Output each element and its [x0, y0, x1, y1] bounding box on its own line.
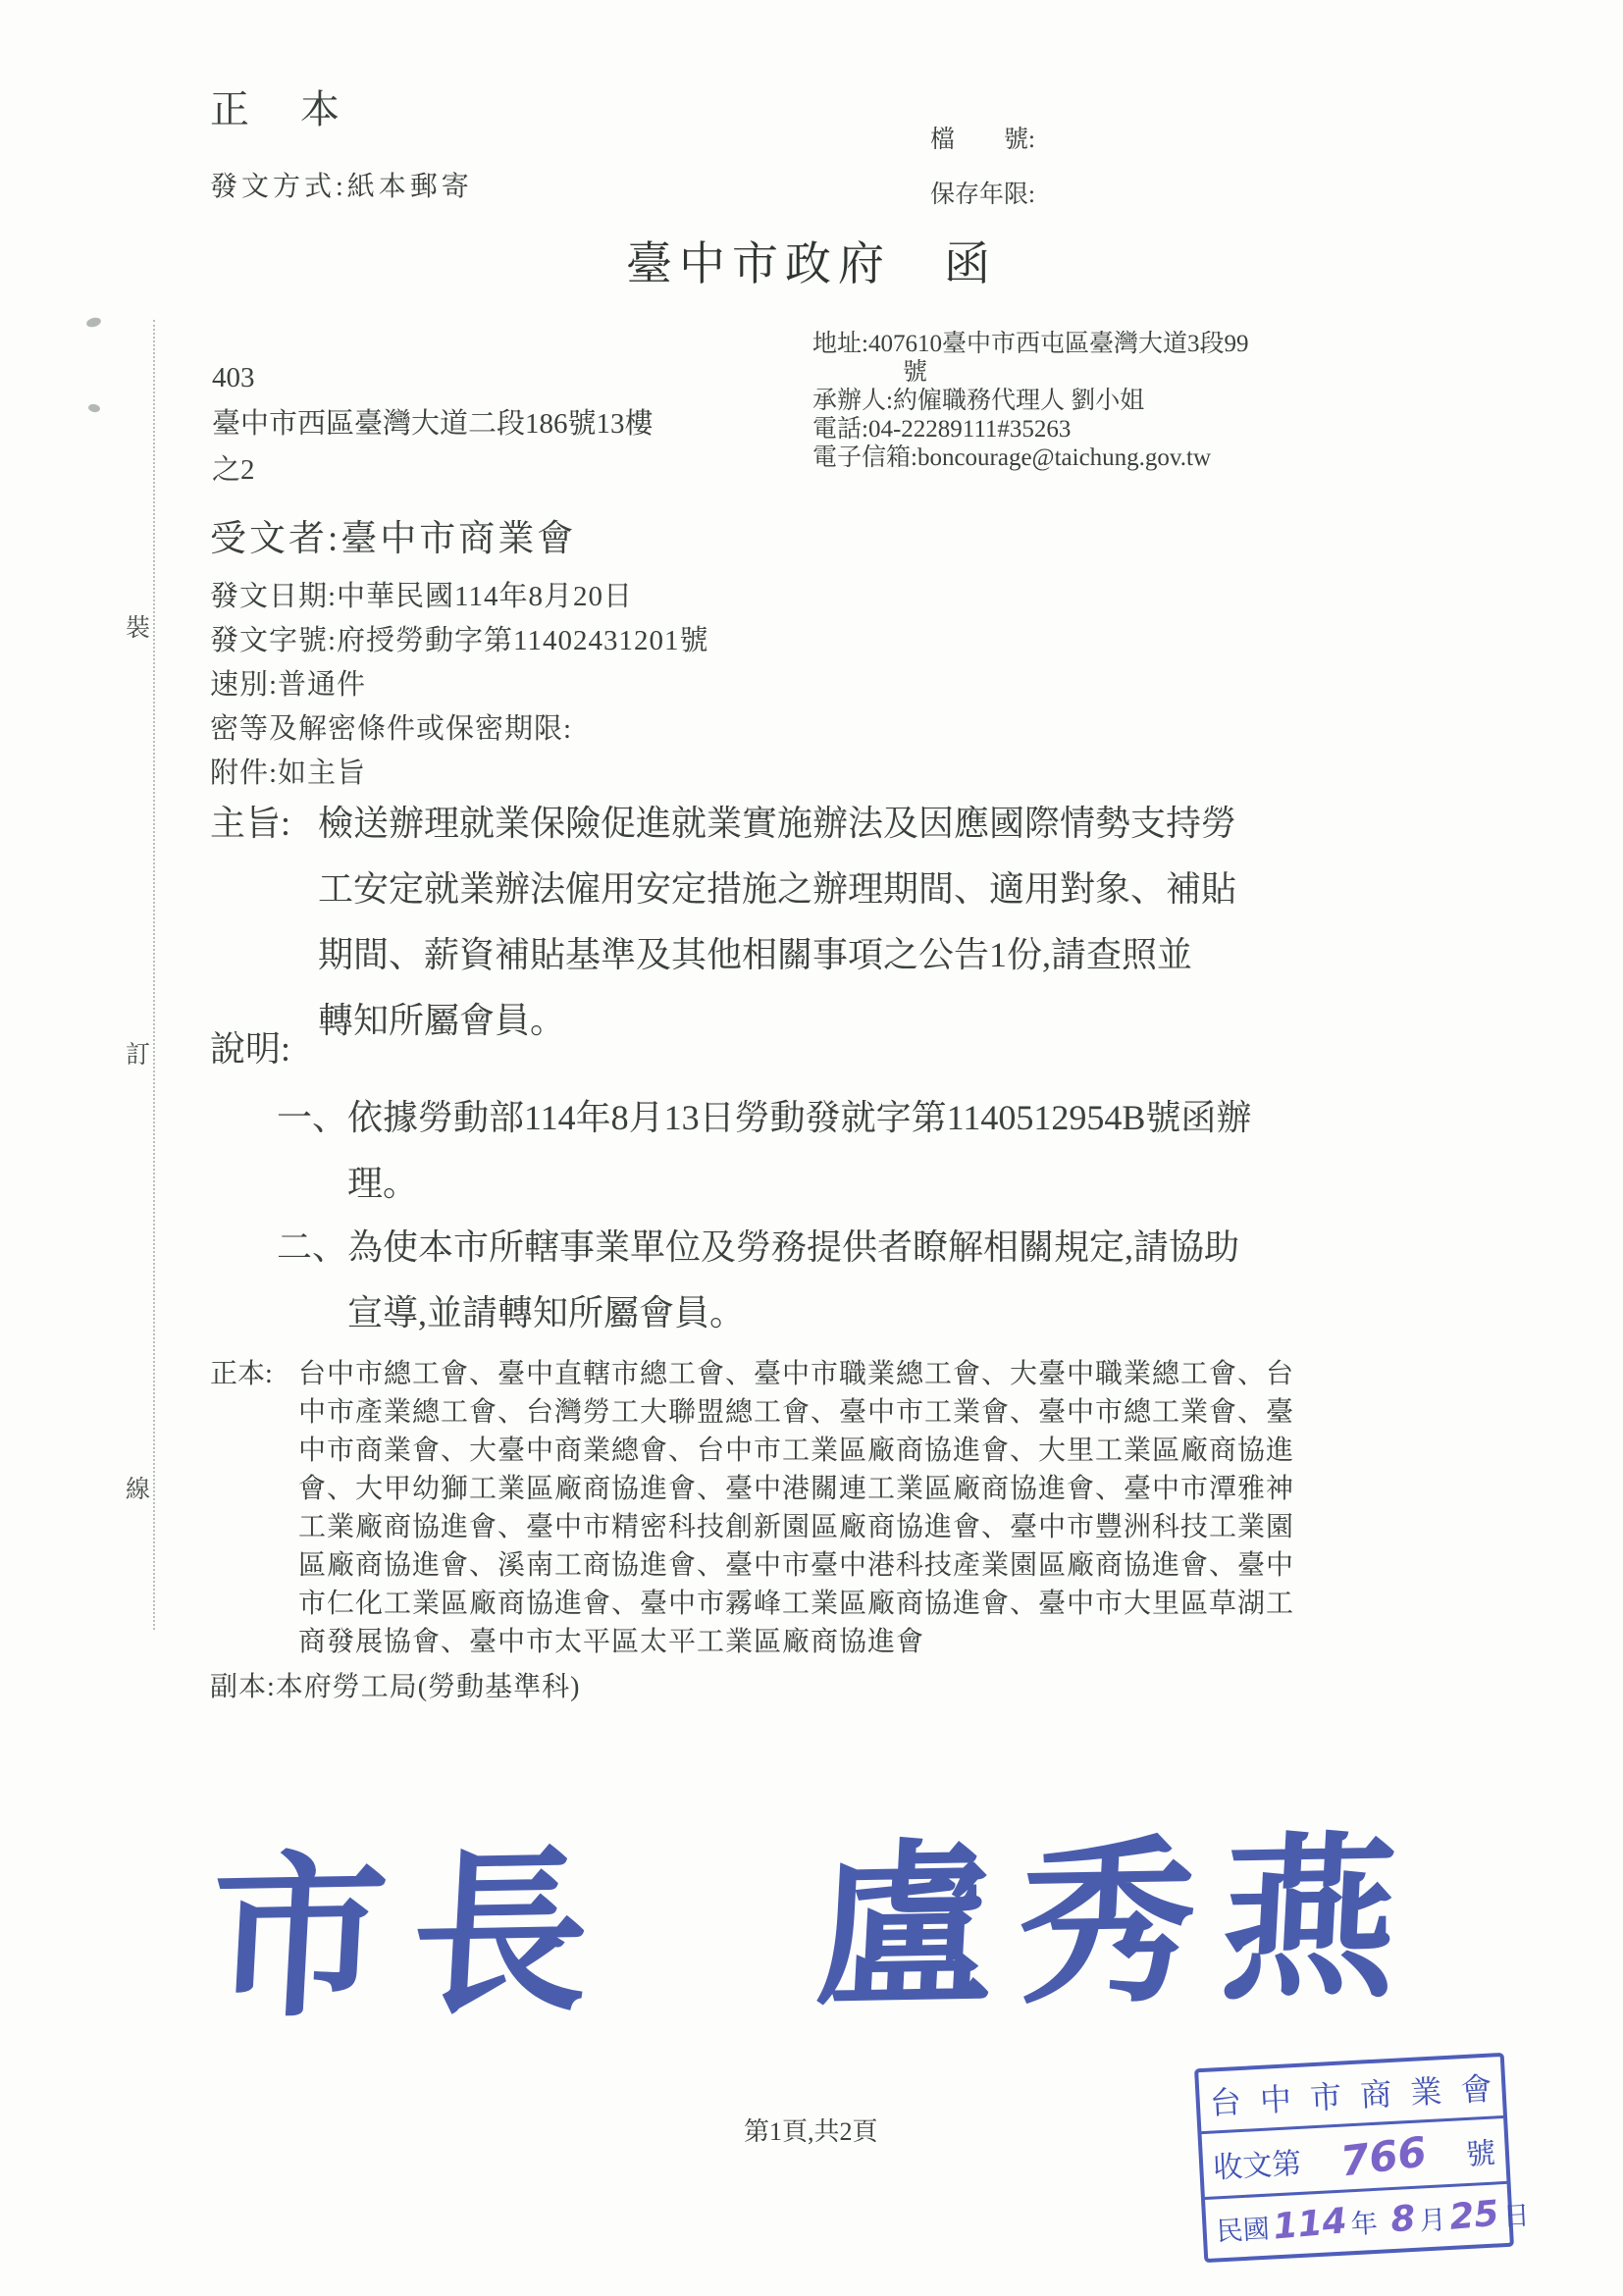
stamp-receipt-suffix: 號 [1465, 2128, 1496, 2173]
item-number: 一、 [277, 1085, 347, 1217]
recipients-line: 台中市總工會、臺中直轄市總工會、臺中市職業總工會、大臺中職業總工會、台 [298, 1355, 1294, 1393]
subject-line: 轉知所屬會員。 [318, 988, 1236, 1054]
item-number: 二、 [277, 1215, 347, 1346]
stamp-org-char: 業 [1409, 2066, 1442, 2113]
recipients-line: 會、大甲幼獅工業區廠商協進會、臺中港關連工業區廠商協進會、臺中市潭雅神 [298, 1470, 1294, 1508]
scan-smudge [87, 403, 100, 413]
security-class: 密等及解密條件或保密期限: [210, 707, 708, 752]
stamp-month-handwritten: 8 [1389, 2198, 1418, 2240]
agency-contact-person: 承辦人:約僱職務代理人 劉小姐 [812, 387, 1248, 415]
document-title: 臺中市政府 函 [626, 228, 997, 293]
item-text: 為使本市所轄事業單位及勞務提供者瞭解相關規定,請協助 宣導,並請轉知所屬會員。 [347, 1215, 1239, 1346]
original-recipients-section: 正本: 台中市總工會、臺中直轄市總工會、臺中市職業總工會、大臺中職業總工會、台 … [210, 1355, 1294, 1661]
priority: 速別:普通件 [210, 663, 708, 707]
binding-dotted-line [153, 320, 155, 1630]
recipients-line: 中市商業會、大臺中商業總會、台中市工業區廠商協進會、大里工業區廠商協進 [298, 1432, 1294, 1470]
file-number-label: 檔 號: [930, 120, 1035, 155]
scan-smudge [85, 316, 102, 329]
agency-phone: 電話:04-22289111#35263 [812, 415, 1248, 444]
stamp-era-label: 民國 [1216, 2207, 1271, 2248]
addressee-zip: 403 [212, 355, 654, 401]
document-meta-block: 發文日期:中華民國114年8月20日 發文字號:府授勞動字第1140243120… [210, 575, 708, 796]
subject-line: 期間、薪資補貼基準及其他相關事項之公告1份,請查照並 [318, 922, 1236, 988]
retention-period-label: 保存年限: [930, 175, 1035, 210]
item-line: 為使本市所轄事業單位及勞務提供者瞭解相關規定,請協助 [347, 1215, 1239, 1280]
addressee-mailing-block: 403 臺中市西區臺灣大道二段186號13樓 之2 [212, 355, 654, 494]
binding-mark-ding: 訂 [126, 1035, 150, 1070]
addressee-address-line1: 臺中市西區臺灣大道二段186號13樓 [212, 401, 654, 447]
mayor-signature: 市長 盧秀燕 [204, 1777, 1430, 2052]
explanation-item-1: 一、 依據勞動部114年8月13日勞動發就字第1140512954B號函辦 理。 [277, 1085, 1251, 1217]
stamp-org-name: 台中市商業會 [1209, 2064, 1493, 2124]
item-text: 依據勞動部114年8月13日勞動發就字第1140512954B號函辦 理。 [347, 1085, 1251, 1217]
recipient-line: 受文者:臺中市商業會 [210, 508, 576, 561]
stamp-org-char: 商 [1359, 2069, 1392, 2116]
item-line: 依據勞動部114年8月13日勞動發就字第1140512954B號函辦 [347, 1085, 1251, 1151]
stamp-year-handwritten: 114 [1272, 2201, 1348, 2247]
stamp-receipt-prefix: 收文第 [1212, 2139, 1302, 2187]
stamp-org-char: 台 [1209, 2077, 1242, 2124]
official-letter-page: 正 本 發文方式:紙本郵寄 檔 號: 保存年限: 臺中市政府 函 裝 訂 線 地… [0, 0, 1623, 2296]
original-recipients-label: 正本: [210, 1355, 298, 1661]
stamp-month-label: 月 [1419, 2198, 1447, 2237]
agency-email: 電子信箱:boncourage@taichung.gov.tw [812, 444, 1248, 472]
stamp-receipt-number-handwritten: 766 [1337, 2127, 1429, 2185]
received-stamp: 台中市商業會 收文第 766 號 民國 114 年 8 月 25 日 [1194, 2053, 1514, 2263]
stamp-org-char: 會 [1459, 2064, 1492, 2112]
binding-mark-zhuang: 裝 [126, 608, 150, 644]
attachment-note: 附件:如主旨 [210, 752, 708, 796]
original-recipients-text: 台中市總工會、臺中直轄市總工會、臺中市職業總工會、大臺中職業總工會、台 中市產業… [298, 1355, 1294, 1661]
page-number: 第1頁,共2頁 [744, 2112, 878, 2148]
recipients-line: 區廠商協進會、溪南工商協進會、臺中市臺中港科技產業園區廠商協進會、臺中 [298, 1546, 1294, 1585]
agency-address-line1: 地址:407610臺中市西屯區臺灣大道3段99 [812, 330, 1248, 358]
item-line: 理。 [347, 1151, 1251, 1217]
stamp-org-char: 市 [1309, 2072, 1342, 2119]
delivery-method-label: 發文方式:紙本郵寄 [210, 165, 473, 204]
stamp-day-handwritten: 25 [1448, 2193, 1500, 2237]
copy-type-label: 正 本 [210, 78, 345, 134]
explanation-item-2: 二、 為使本市所轄事業單位及勞務提供者瞭解相關規定,請協助 宣導,並請轉知所屬會… [277, 1215, 1239, 1346]
issue-number: 發文字號:府授勞動字第11402431201號 [210, 619, 708, 663]
agency-contact-block: 地址:407610臺中市西屯區臺灣大道3段99 號 承辦人:約僱職務代理人 劉小… [812, 330, 1248, 472]
recipients-line: 市仁化工業區廠商協進會、臺中市霧峰工業區廠商協進會、臺中市大里區草湖工 [298, 1585, 1294, 1623]
issue-date: 發文日期:中華民國114年8月20日 [210, 575, 708, 619]
recipients-line: 商發展協會、臺中市太平區太平工業區廠商協進會 [298, 1623, 1294, 1661]
explanation-label: 說明: [210, 1021, 290, 1071]
stamp-year-label: 年 [1350, 2201, 1379, 2240]
subject-text: 檢送辦理就業保險促進就業實施辦法及因應國際情勢支持勞 工安定就業辦法僱用安定措施… [318, 791, 1236, 1054]
item-line: 宣導,並請轉知所屬會員。 [347, 1280, 1239, 1346]
recipients-line: 工業廠商協進會、臺中市精密科技創新園區廠商協進會、臺中市豐洲科技工業園 [298, 1508, 1294, 1546]
binding-mark-xian: 線 [126, 1470, 150, 1505]
subject-line: 檢送辦理就業保險促進就業實施辦法及因應國際情勢支持勞 [318, 791, 1236, 857]
agency-address-line2: 號 [812, 358, 1248, 387]
subject-section: 主旨: 檢送辦理就業保險促進就業實施辦法及因應國際情勢支持勞 工安定就業辦法僱用… [210, 791, 1236, 1054]
subject-label: 主旨: [210, 791, 318, 1054]
addressee-address-line2: 之2 [212, 447, 654, 494]
stamp-day-label: 日 [1502, 2193, 1531, 2232]
recipients-line: 中市產業總工會、台灣勞工大聯盟總工會、臺中市工業會、臺中市總工業會、臺 [298, 1393, 1294, 1432]
subject-line: 工安定就業辦法僱用安定措施之辦理期間、適用對象、補貼 [318, 857, 1236, 922]
stamp-org-char: 中 [1259, 2074, 1292, 2121]
cc-recipients-line: 副本:本府勞工局(勞動基準科) [210, 1665, 580, 1704]
